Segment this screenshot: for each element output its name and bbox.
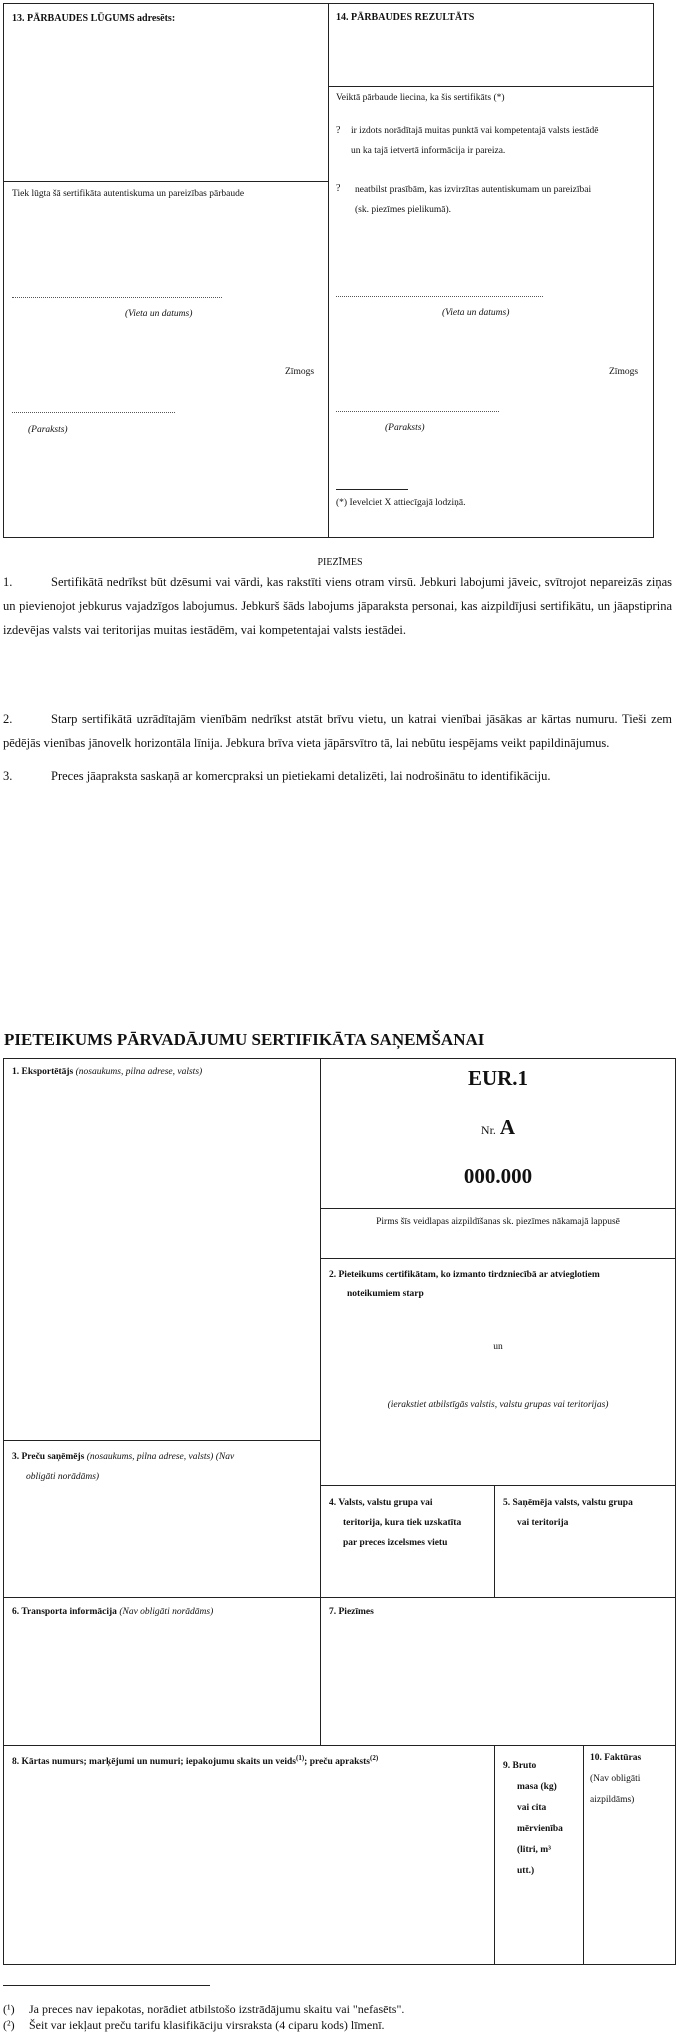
verification-divider: [328, 3, 329, 538]
application-title: PIETEIKUMS PĀRVADĀJUMU SERTIFIKĀTA SAŅEM…: [4, 1030, 484, 1050]
option2-text-line2: (sk. piezīmes pielikumā).: [355, 204, 451, 216]
box9-line: masa (kg): [503, 1777, 563, 1798]
instructions-divider: [320, 1258, 676, 1259]
footnote-marker: (¹): [3, 2002, 29, 2017]
box14-signature-label: (Paraksts): [385, 422, 425, 434]
box3-label: 3. Preču saņēmējs: [12, 1452, 84, 1462]
certificate-number: 000.000: [320, 1164, 676, 1189]
note-3: 3.Preces jāapraksta saskaņā ar komercpra…: [3, 764, 672, 788]
box8-label-cont: ; preču apraksts: [304, 1757, 370, 1767]
box6-transport[interactable]: 6. Transporta informācija (Nav obligāti …: [12, 1606, 213, 1618]
box14-signature-line[interactable]: [336, 411, 499, 412]
box13-stamp-label: Zīmogs: [285, 366, 314, 378]
box9-box10-divider: [583, 1745, 584, 1965]
box13-place-date-label: (Vieta un datums): [125, 308, 192, 320]
box2-hint: (ierakstiet atbilstīgās valstis, valstu …: [320, 1399, 676, 1411]
header-divider: [320, 1208, 676, 1209]
box4-label-line3: par preces izcelsmes vietu: [329, 1533, 461, 1553]
box13-request-text: Tiek lūgta šā sertifikāta autentiskuma u…: [12, 188, 244, 200]
box4-label-line1: 4. Valsts, valstu grupa vai: [329, 1493, 461, 1513]
box2-box4-divider: [320, 1485, 676, 1486]
note-text: Sertifikātā nedrīkst būt dzēsumi vai vār…: [3, 575, 672, 637]
box3-hint: (nosaukums, pilna adrese, valsts) (Nav: [87, 1452, 234, 1462]
box8-goods-description[interactable]: 8. Kārtas numurs; marķējumi un numuri; i…: [12, 1754, 378, 1769]
box5-label-line1: 5. Saņēmēja valsts, valstu grupa: [503, 1493, 633, 1513]
note-1: 1.Sertifikātā nedrīkst būt dzēsumi vai v…: [3, 570, 672, 642]
footnote-marker: (²): [3, 2018, 29, 2033]
box13-title: 13. PĀRBAUDES LŪGUMS adresēts:: [12, 12, 175, 25]
footnote-1: (¹)Ja preces nav iepakotas, norādiet atb…: [3, 2002, 404, 2017]
footnote-separator: [3, 1985, 210, 1986]
box10-hint-line1: (Nav obligāti: [590, 1769, 641, 1790]
notes-heading: PIEZĪMES: [0, 556, 680, 569]
box13-place-date-line[interactable]: [12, 297, 222, 298]
checkbox-option1[interactable]: ?: [336, 124, 340, 137]
box14-place-date-line[interactable]: [336, 296, 543, 297]
box8-label: 8. Kārtas numurs; marķējumi un numuri; i…: [12, 1757, 296, 1767]
box3-hint-continued: obligāti norādāms): [12, 1472, 99, 1482]
box7-remarks[interactable]: 7. Piezīmes: [329, 1606, 374, 1618]
box9-line: vai cita: [503, 1798, 563, 1819]
box6-label: 6. Transporta informācija: [12, 1607, 117, 1617]
box1-hint: (nosaukums, pilna adrese, valsts): [76, 1067, 203, 1077]
box1-exporter[interactable]: 1. Eksportētājs (nosaukums, pilna adrese…: [12, 1066, 312, 1436]
row8-divider: [3, 1745, 676, 1746]
box6-hint: (Nav obligāti norādāms): [119, 1607, 213, 1617]
series-letter: A: [500, 1115, 515, 1139]
form-name: EUR.1: [320, 1066, 676, 1091]
box1-box3-divider: [3, 1440, 321, 1441]
box8-box9-divider: [494, 1745, 495, 1965]
box14-place-date-label: (Vieta un datums): [442, 307, 509, 319]
note-text: Starp sertifikātā uzrādītajām vienībām n…: [3, 712, 672, 750]
note-number: 3.: [3, 764, 51, 788]
box9-line: mērvienība: [503, 1819, 563, 1840]
box5-destination-country[interactable]: 5. Saņēmēja valsts, valstu grupa vai ter…: [503, 1493, 633, 1533]
box10-label: 10. Faktūras: [590, 1748, 641, 1769]
box14-footnote-rule: [336, 489, 408, 490]
box9-line: (litri, m³: [503, 1840, 563, 1861]
option2-text-line1: neatbilst prasībām, kas izvirzītas auten…: [355, 184, 591, 196]
box13-signature-label: (Paraksts): [28, 424, 68, 436]
box4-label-line2: teritorija, kura tiek uzskatīta: [329, 1513, 461, 1533]
box14-footnote: (*) Ievelciet X attiecīgajā lodziņā.: [336, 497, 466, 509]
box3-consignee[interactable]: 3. Preču saņēmējs (nosaukums, pilna adre…: [12, 1447, 312, 1487]
box1-label: 1. Eksportētājs: [12, 1067, 73, 1077]
note-number: 1.: [3, 570, 51, 594]
box2-and: un: [320, 1341, 676, 1353]
footnote-text: Ja preces nav iepakotas, norādiet atbils…: [29, 2002, 404, 2016]
option1-text-line2: un ka tajā ietvertā informācija ir parei…: [351, 145, 505, 157]
footnote-ref-1: (1): [296, 1754, 304, 1762]
box13-signature-line[interactable]: [12, 412, 175, 413]
note-text: Preces jāapraksta saskaņā ar komercpraks…: [51, 769, 550, 783]
box4-origin-country[interactable]: 4. Valsts, valstu grupa vai teritorija, …: [329, 1493, 461, 1553]
box14-divider: [329, 86, 654, 87]
box5-label-line2: vai teritorija: [503, 1513, 633, 1533]
box14-intro: Veiktā pārbaude liecina, ka šis sertifik…: [336, 92, 505, 104]
box9-line: 9. Bruto: [503, 1756, 563, 1777]
box9-line: utt.): [503, 1861, 563, 1882]
box13-divider: [3, 181, 329, 182]
box9-gross-mass[interactable]: 9. Bruto masa (kg) vai cita mērvienība (…: [503, 1756, 563, 1882]
checkbox-option2[interactable]: ?: [336, 182, 340, 195]
note-number: 2.: [3, 707, 51, 731]
footnote-text: Šeit var iekļaut preču tarifu klasifikāc…: [29, 2018, 385, 2032]
instructions-text: Pirms šīs veidlapas aizpildīšanas sk. pi…: [320, 1216, 676, 1228]
box2-label-line2: noteikumiem starp: [347, 1284, 424, 1304]
box14-title: 14. PĀRBAUDES REZULTĀTS: [336, 11, 474, 24]
certificate-number-label: Nr. A: [320, 1115, 676, 1140]
box4-box5-divider: [494, 1485, 495, 1597]
box2-label-line1: 2. Pieteikums certifikātam, ko izmanto t…: [329, 1265, 600, 1285]
note-2: 2.Starp sertifikātā uzrādītajām vienībām…: [3, 707, 672, 755]
row6-divider: [3, 1597, 676, 1598]
nr-label: Nr.: [481, 1123, 496, 1137]
footnote-2: (²)Šeit var iekļaut preču tarifu klasifi…: [3, 2018, 385, 2033]
footnote-ref-2: (2): [370, 1754, 378, 1762]
option1-text-line1: ir izdots norādītajā muitas punktā vai k…: [351, 125, 598, 137]
box14-stamp-label: Zīmogs: [609, 366, 638, 378]
box10-hint-line2: aizpildāms): [590, 1790, 641, 1811]
box10-invoices[interactable]: 10. Faktūras (Nav obligāti aizpildāms): [590, 1748, 641, 1811]
